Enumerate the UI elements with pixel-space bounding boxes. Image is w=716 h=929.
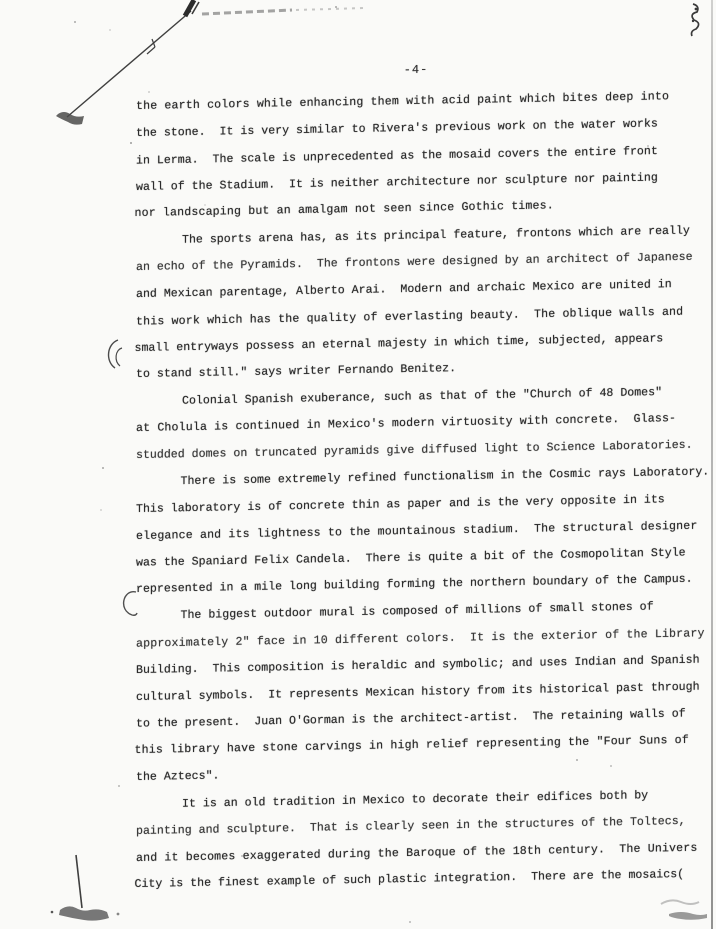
scanner-edge-line — [711, 0, 713, 929]
typed-lines: the earth colors while enhancing them wi… — [136, 90, 702, 906]
typed-text-block: -4- the earth colors while enhancing the… — [136, 90, 702, 906]
scanned-document-page: -4- the earth colors while enhancing the… — [0, 0, 716, 929]
margin-paren-mark-icon — [98, 336, 132, 381]
page-number: -4- — [136, 58, 696, 82]
pen-stroke-bottom-left-icon — [30, 838, 140, 929]
